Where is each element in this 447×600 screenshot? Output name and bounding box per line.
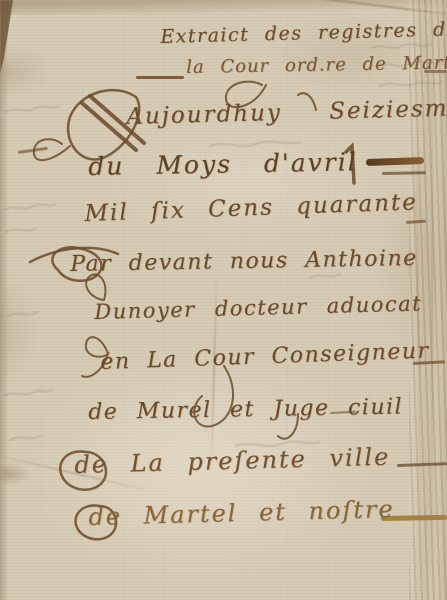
ink-bleedthrough [8,312,38,316]
manuscript-line-10: de La preſente ville [74,443,391,479]
manuscript-line-4: du Moys d'avril [88,147,358,181]
manuscript-line-2: la Cour ord.re de Martel [186,52,447,78]
manuscript-line-5: Mil ſix Cens quarante [84,189,418,227]
ink-bleedthrough [310,274,340,278]
manuscript-line-6: Par devant nous Anthoine [70,246,418,277]
manuscript-photo: Extraict des registres de la Cour ord.re… [0,0,447,600]
ink-bleedthrough [210,142,300,146]
ink-bleedthrough [10,436,40,440]
page-top-edge [0,0,447,15]
manuscript-line-7: Dunoyer docteur aduocat [94,291,422,324]
ink-bleedthrough [6,106,58,112]
ink-bleedthrough [4,390,52,396]
page-left-edge [0,0,9,600]
ink-dash [136,76,184,79]
ink-dash-margin [18,147,48,154]
manuscript-line-1: Extraict des registres de [160,18,447,48]
manuscript-page: Extraict des registres de la Cour ord.re… [0,0,447,600]
flourish-initial-d7 [86,274,105,300]
manuscript-line-8: en La Cour Conseigneur [100,339,430,375]
manuscript-line-9: de Murel et Juge ciuil [88,395,403,425]
manuscript-line-3: Aujourdhuy Seiziesme [126,95,447,130]
manuscript-line-11: de Martel et noſtre [88,495,395,531]
ink-bleedthrough [4,204,56,210]
ink-bleedthrough [6,228,36,232]
